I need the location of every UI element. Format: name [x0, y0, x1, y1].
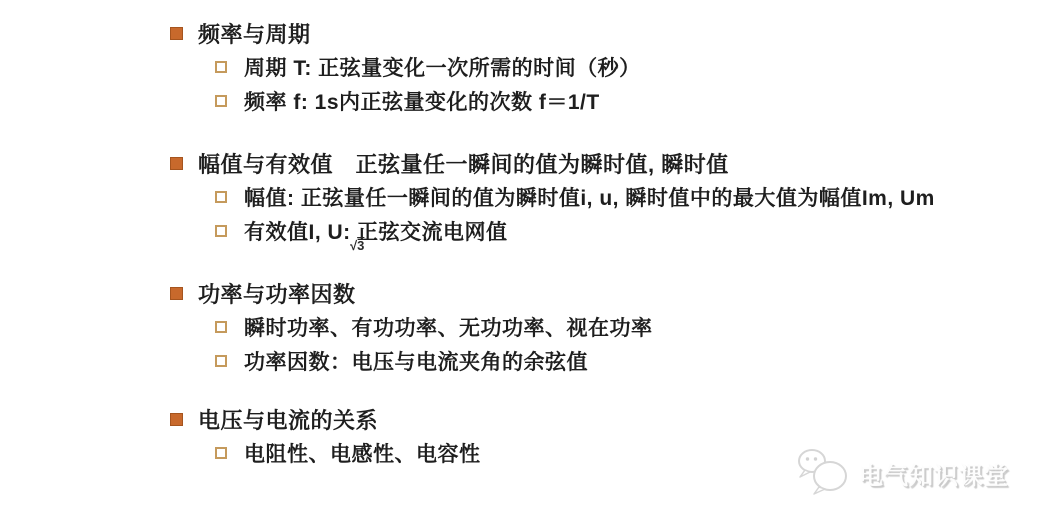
list-item: 瞬时功率、有功功率、无功功率、视在功率 — [170, 310, 1030, 344]
filled-square-bullet-icon — [170, 287, 183, 300]
list-item-text: 瞬时功率、有功功率、无功功率、视在功率 — [244, 312, 653, 342]
section-frequency-period: 频率与周期 周期 T: 正弦量变化一次所需的时间（秒） 频率 f: 1s内正弦量… — [170, 16, 1030, 118]
presentation-slide: 频率与周期 周期 T: 正弦量变化一次所需的时间（秒） 频率 f: 1s内正弦量… — [0, 0, 1040, 518]
section-amplitude-rms: 幅值与有效值 正弦量任一瞬间的值为瞬时值, 瞬时值 幅值: 正弦量任一瞬间的值为… — [170, 146, 1030, 248]
section-title: 幅值与有效值 正弦量任一瞬间的值为瞬时值, 瞬时值 — [198, 148, 729, 179]
radicand: 3 — [357, 238, 364, 253]
list-item: 幅值: 正弦量任一瞬间的值为瞬时值i, u, 瞬时值中的最大值为幅值Im, Um — [170, 180, 1030, 214]
watermark: 电气知识课堂 — [795, 446, 1009, 501]
speech-bubbles-icon — [795, 446, 851, 501]
section-power-factor: 功率与功率因数 瞬时功率、有功功率、无功功率、视在功率 功率因数：电压与电流夹角… — [170, 276, 1030, 378]
list-item-text-main: 有效值I, U: 正弦交流电网值 — [244, 221, 508, 244]
list-item-text: 周期 T: 正弦量变化一次所需的时间（秒） — [244, 52, 641, 82]
hollow-square-bullet-icon — [215, 191, 227, 203]
outline-list: 频率与周期 周期 T: 正弦量变化一次所需的时间（秒） 频率 f: 1s内正弦量… — [170, 16, 1030, 470]
watermark-text: 电气知识课堂 — [859, 456, 1009, 491]
filled-square-bullet-icon — [170, 27, 183, 40]
list-item-text: 功率因数：电压与电流夹角的余弦值 — [244, 346, 588, 376]
hollow-square-bullet-icon — [215, 225, 227, 237]
list-item-text: 幅值: 正弦量任一瞬间的值为瞬时值i, u, 瞬时值中的最大值为幅值Im, Um — [244, 182, 935, 212]
list-item-text: 电阻性、电感性、电容性 — [244, 438, 481, 468]
section-title: 频率与周期 — [198, 18, 311, 49]
list-item-text: 频率 f: 1s内正弦量变化的次数 f＝1/T — [244, 86, 600, 116]
hollow-square-bullet-icon — [215, 321, 227, 333]
list-item: 功率因数：电压与电流夹角的余弦值 — [170, 344, 1030, 378]
list-item: 有效值I, U: 正弦交流电网值 √3 — [170, 214, 1030, 248]
section-title: 功率与功率因数 — [198, 278, 356, 309]
hollow-square-bullet-icon — [215, 95, 227, 107]
list-item: 周期 T: 正弦量变化一次所需的时间（秒） — [170, 50, 1030, 84]
sqrt3-denominator: √3 — [350, 238, 364, 253]
hollow-square-bullet-icon — [215, 61, 227, 73]
filled-square-bullet-icon — [170, 157, 183, 170]
list-item: 频率 f: 1s内正弦量变化的次数 f＝1/T — [170, 84, 1030, 118]
hollow-square-bullet-icon — [215, 355, 227, 367]
section-title: 电压与电流的关系 — [198, 404, 378, 435]
section-header: 频率与周期 — [170, 16, 1030, 50]
hollow-square-bullet-icon — [215, 447, 227, 459]
section-header: 电压与电流的关系 — [170, 402, 1030, 436]
list-item-text: 有效值I, U: 正弦交流电网值 √3 — [244, 216, 508, 246]
filled-square-bullet-icon — [170, 413, 183, 426]
section-header: 幅值与有效值 正弦量任一瞬间的值为瞬时值, 瞬时值 — [170, 146, 1030, 180]
section-header: 功率与功率因数 — [170, 276, 1030, 310]
